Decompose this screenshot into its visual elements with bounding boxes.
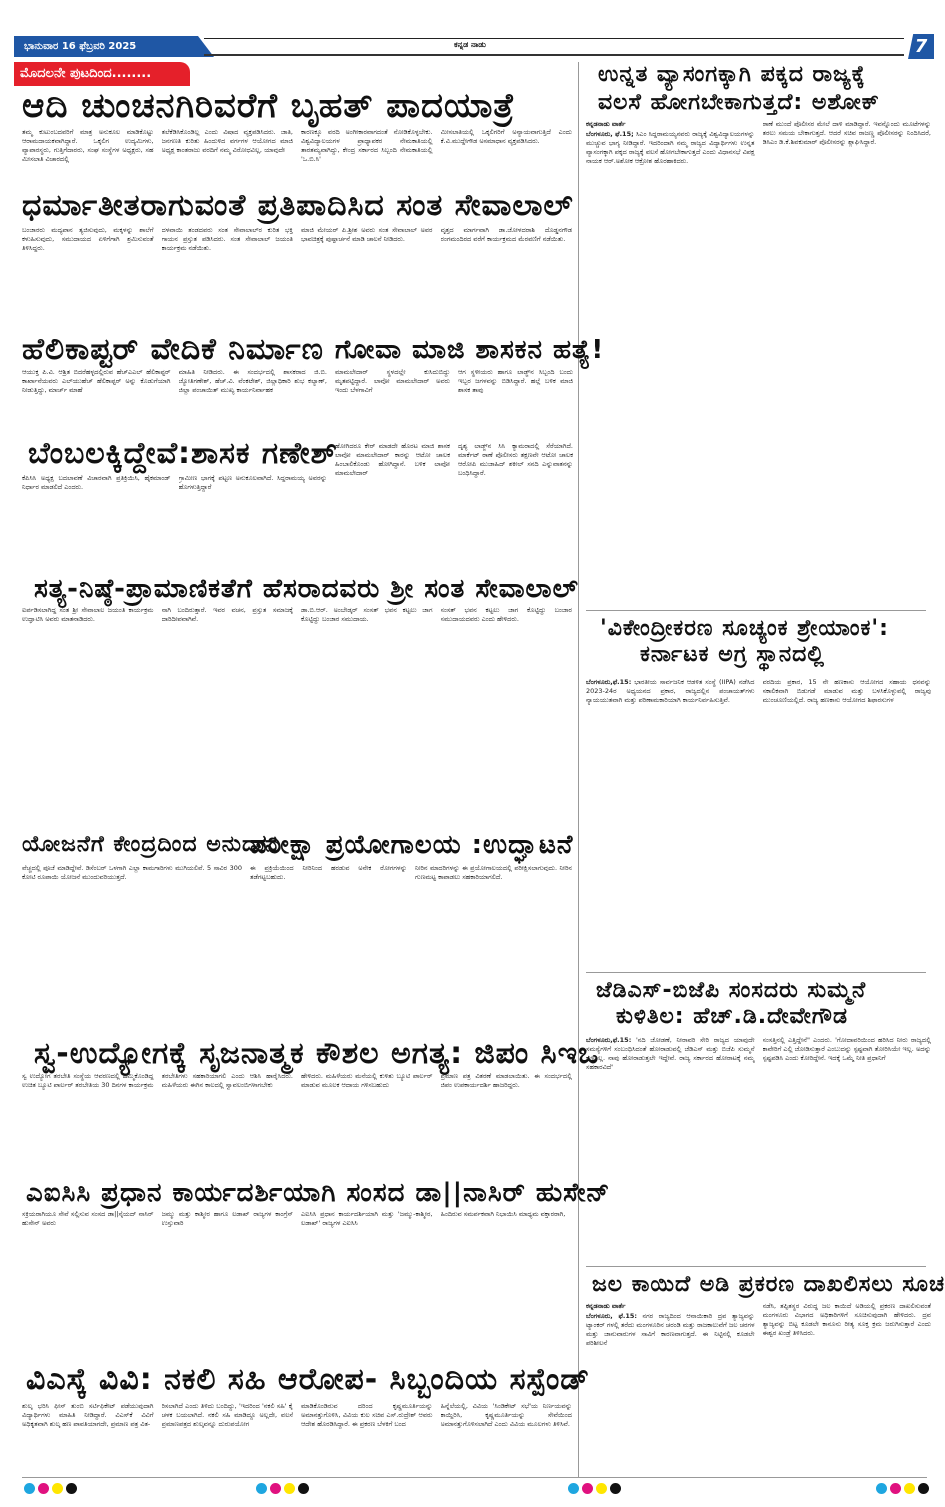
cyan-dot-icon [256, 1483, 267, 1494]
article-water-act: ಕನ್ನಡನಾಡು ವಾರ್ತೆ ಬೆಂಗಳೂರು, ಫೆ.15: ನಗರ ರಾ… [586, 1302, 931, 1474]
article-column: ಮಾಹಿತಿ ನೀಡಿದರು. ಈ ಸಂದರ್ಭದಲ್ಲಿ ಶಾಸಕರಾದ ಜಿ… [179, 368, 328, 428]
headline-ashok-line2: ವಲಸೆ ಹೋಗಬೇಕಾಗುತ್ತದೆ: ಅಶೋಕ್ [598, 90, 880, 115]
headline-aicc-nasir-hussain: ಎಐಸಿಸಿ ಪ್ರಧಾನ ಕಾರ್ಯದರ್ಶಿಯಾಗಿ ಸಂಸದ ಡಾ||ನಾ… [26, 1178, 610, 1209]
article-column: ಐರ್ಪಡಿಸಲಾಗಿದ್ದ ಸಂತ ಶ್ರೀ ಸೇವಾಲಾಲ ಜಯಂತಿ ಕಾ… [22, 606, 154, 828]
article-column: ವೃತ್ತದ ಮಾರ್ಗವಾಗಿ ಡಾ.ಜೋಳದರಾಶಿ ದೊಡ್ಡನಗೌಡ ರ… [441, 226, 573, 324]
article-column: ದಳವಾಯಿ ತಂಡದವರು ಸಂತ ಸೇವಾಲಾಲ್‌ರ ಕುರಿತ ಭಕ್ತ… [162, 226, 294, 324]
article-column: ನಡೆಸಿ, ತಪ್ಪಿತಸ್ಥರ ವಿರುದ್ಧ ಜಲ ಕಾಯಿದೆ ಅಡಿಯ… [763, 1302, 932, 1474]
registration-marks-center-right [568, 1483, 621, 1494]
magenta-dot-icon [582, 1483, 593, 1494]
article-vsk-university: ಶುಲ್ಕ ಭರಿಸಿ ಫೀಸ್ ತುಂಬಿ ಸರ್ಟಿಫಿಕೇಟ್ ಪಡೆಯು… [22, 1402, 572, 1472]
headline-ashok-line1: ಉನ್ನತ ವ್ಯಾಸಂಗಕ್ಕಾಗಿ ಪಕ್ಕದ ರಾಜ್ಯಕ್ಕೆ [598, 62, 866, 87]
article-column: ವೆಚ್ಚದಲ್ಲಿ ಪೂಜೆ ಮಾಡಿದ್ದೇವೆ. ಡಿಸೆಂಬರ್ ಒಳಗ… [22, 864, 242, 1034]
article-decentralisation: ಬೆಂಗಳೂರು,ಫೆ.15: ಭಾರತೀಯ ಸಾರ್ವಜನಿಕ ಆಡಳಿತ ಸ… [586, 678, 931, 968]
article-column: ಮಾಜಿ ಮೇಯರ್ ಪಿ.ಶ್ರೀಶ ಅವರು ಸಂತ ಸೇವಾಲಾಲ್ ಅವ… [301, 226, 433, 324]
byline: ಕನ್ನಡನಾಡು ವಾರ್ತೆ [586, 1302, 755, 1311]
article-goa-mla: ಮಾಮಲೇದಾರ್ ಸ್ಥಳದಲ್ಲೇ ಕುಸಿದುಬಿದ್ದು ಮೃತಪಟ್ಟ… [335, 368, 573, 438]
byline: ಕನ್ನಡನಾಡು ವಾರ್ತೆ [586, 120, 755, 129]
article-column: ಸಂಸತ್ ಭವನ ಕಟ್ಟಲು ಜಾಗ ಕೊಟ್ಟಿದ್ದು ಬಂಜಾರ ಸಮ… [441, 606, 573, 828]
article-lab-inauguration: ಈ ಪ್ರಕ್ರಿಯೆಯಿಂದ ನೀರಿನಿಂದ ಹರಡುವ ಅನೇಕ ರೋಗಗ… [250, 864, 572, 1034]
article-goa-mla-continued: ಹೋಗಿದರೂ ಕೇರ್ ಮಾಡದೇ ಹೊರಟ ಮಾಜಿ ಶಾಸಕ ಲಾವೋ ಮ… [335, 442, 573, 566]
headline-devegowda-line1: ಜೆಡಿಎಸ್-ಬಿಜೆಪಿ ಸಂಸದರು ಸುಮ್ಮನೆ [596, 978, 866, 1003]
article-sevalal-dharma: ಬಂಜಾರರು ಮದ್ಯಪಾನ ತ್ಯಜಿಸುವುದು, ಮಕ್ಕಳನ್ನು ಶ… [22, 226, 572, 324]
cyan-dot-icon [568, 1483, 579, 1494]
dateline: ಬೆಂಗಳೂರು, ಫೆ.15; [586, 130, 634, 138]
article-column: ವರದಿಯ ಪ್ರಕಾರ, 15 ನೇ ಹಣಕಾಸು ಆಯೋಗದ ಸಹಾಯ ಧನ… [763, 678, 932, 968]
article-column: ಹಿನ್ನೆಲೆಯಲ್ಲಿ, ವಿವಿಯ 'ಸಿಂಡಿಕೇಟ್ ಸಭೆ'ಯ ನಿ… [441, 1402, 573, 1472]
article-column: ರಿಸಲಾಗಿದೆ ಎಂದು ತಿಳಿದು ಬಂದಿದ್ದು, 'ಇದರಿಂದ … [162, 1402, 294, 1472]
headline-goa-mla: ಗೋವಾ ಮಾಜಿ ಶಾಸಕನ ಹತ್ಯೆ! [335, 335, 604, 366]
headline-helicopter: ಹೆಲಿಕಾಪ್ಟರ್ ವೇದಿಕೆ ನಿರ್ಮಾಣ [22, 332, 324, 367]
page-number: 7 [908, 34, 934, 59]
article-column: ಶುಲ್ಕ ಭರಿಸಿ ಫೀಸ್ ತುಂಬಿ ಸರ್ಟಿಫಿಕೇಟ್ ಪಡೆಯು… [22, 1402, 154, 1472]
black-dot-icon [66, 1483, 77, 1494]
headline-sevalal-truth: ಸತ್ಯ-ನಿಷ್ಠೆ-ಪ್ರಾಮಾಣಿಕತೆಗೆ ಹೆಸರಾದವರು ಶ್ರೀ… [34, 574, 579, 605]
article-column: ಠಾಣೆ ಮುಂದೆ ಪೊಲೀಸರ ಮೇಲೆ ದಾಳಿ ಮಾಡಿದ್ದಾರೆ. … [763, 120, 932, 608]
article-sevalal-truth: ಐರ್ಪಡಿಸಲಾಗಿದ್ದ ಸಂತ ಶ್ರೀ ಸೇವಾಲಾಲ ಜಯಂತಿ ಕಾ… [22, 606, 572, 828]
article-column: ಆಯುಕ್ತ ಪಿ.ವಿ. ಆಶ್ರಿತ ಬಿದರೆಹಳ್ಳದಲ್ಲಿರುವ ಹ… [22, 368, 171, 428]
article-column: ಸಂಸತ್ತಿನಲ್ಲಿ ಎತ್ತಿದ್ದೇನೆ" ಎಂದರು. 'ಗೋದಾವರ… [763, 1036, 932, 1261]
footer-rule [22, 1477, 927, 1478]
article-column: ನೀರಿನ ಮಾದರಿಗಳನ್ನು ಈ ಪ್ರಯೋಗಾಲಯದಲ್ಲಿ ಪರೀಕ್… [415, 864, 572, 1034]
column-divider [578, 62, 579, 1477]
article-aicc-nasir-hussain: ಸಕ್ರಿಯರಾಗಿಯೂ ಸೇವೆ ಸಲ್ಲಿಸುವ ಸಂಸದ ಡಾ||ಸೈಯದ… [22, 1210, 572, 1358]
yellow-dot-icon [596, 1483, 607, 1494]
article-devegowda: ಬೆಂಗಳೂರು,ಫೆ.15: 'ನದಿ ಜೋಡಣೆ, ನೀರಾವರಿ ಸೇರಿ… [586, 1036, 931, 1261]
article-column: ಕಾರಣಕ್ಕೂ ವರದಿ ಅಂಗೀಕಾರವಾಗದಂತೆ ನೋಡಿಕೊಳ್ಳಬೇ… [301, 128, 433, 188]
article-column: ಬೆಂಗಳೂರು,ಫೆ.15: 'ನದಿ ಜೋಡಣೆ, ನೀರಾವರಿ ಸೇರಿ… [586, 1036, 755, 1261]
article-paadayatre: ತಮ್ಮ ಕುಟುಂಬದವರಿಗೆ ಮಾತ್ರ ಅನುಕೂಲ ಮಾಡಿಕೊಟ್ಟ… [22, 128, 572, 188]
dateline: ಬೆಂಗಳೂರು,ಫೆ.15: [586, 1036, 631, 1044]
magenta-dot-icon [38, 1483, 49, 1494]
article-column: ದೃಶ್ಯ ಲಾಡ್ಜ್‌ನ ಸಿಸಿ ಕ್ಯಾಮರಾದಲ್ಲಿ ಸೆರೆಯಾಗ… [458, 442, 573, 566]
article-column: ಬಂಜಾರರು ಮದ್ಯಪಾನ ತ್ಯಜಿಸುವುದು, ಮಕ್ಕಳನ್ನು ಶ… [22, 226, 154, 324]
article-column: ಕನ್ನಡನಾಡು ವಾರ್ತೆ ಬೆಂಗಳೂರು, ಫೆ.15; ಸಿಎಂ ಸ… [586, 120, 755, 608]
issue-date: ಭಾನುವಾರ 16 ಫೆಬ್ರವರಿ 2025 [14, 36, 214, 57]
article-mla-ganesh: ಕೆಪಿಸಿಸಿ ಅಧ್ಯಕ್ಷ ಬದಲಾವಣೆ ವಿಚಾರವಾಗಿ ಪ್ರತಿ… [22, 474, 327, 566]
article-column: ಪ್ರಮಾಣ ಪತ್ರ ವಿತರಣೆ ಮಾಡಲಾಯಿತು. ಈ ಸಂದರ್ಭದಲ… [441, 1072, 573, 1174]
article-column: ಎಐಸಿಸಿ ಪ್ರಧಾನ ಕಾರ್ಯದರ್ಶಿಯಾಗಿ ಮತ್ತು 'ಜಮ್ಮ… [301, 1210, 433, 1358]
article-central-grant: ವೆಚ್ಚದಲ್ಲಿ ಪೂಜೆ ಮಾಡಿದ್ದೇವೆ. ಡಿಸೆಂಬರ್ ಒಳಗ… [22, 864, 242, 1034]
article-column: ತಮ್ಮ ಕುಟುಂಬದವರಿಗೆ ಮಾತ್ರ ಅನುಕೂಲ ಮಾಡಿಕೊಟ್ಟ… [22, 128, 154, 188]
article-self-employment: ಸ್ವ ಉದ್ಯೋಗ ತರಬೇತಿ ಸಂಸ್ಥೆಯ ಆವರಣದಲ್ಲಿ ಹಮ್ಮ… [22, 1072, 572, 1174]
headline-self-employment: ಸ್ವ-ಉದ್ಯೋಗಕ್ಕೆ ಸೃಜನಾತ್ಮಕ ಕೌಶಲ ಅಗತ್ಯ: ಜಿಪ… [34, 1036, 599, 1071]
article-column: ಕೆಪಿಸಿಸಿ ಅಧ್ಯಕ್ಷ ಬದಲಾವಣೆ ವಿಚಾರವಾಗಿ ಪ್ರತಿ… [22, 474, 171, 566]
yellow-dot-icon [52, 1483, 63, 1494]
article-column: ಮೀಸಲಾತಿಯಲ್ಲಿ ಒಕ್ಕಲಿಗರಿಗೆ ಅನ್ಯಾಯವಾಗುತ್ತಿದ… [441, 128, 573, 188]
article-column: ಬೆಂಗಳೂರು,ಫೆ.15: ಭಾರತೀಯ ಸಾರ್ವಜನಿಕ ಆಡಳಿತ ಸ… [586, 678, 755, 968]
article-column: ಮಾಮಲೇದಾರ್ ಸ್ಥಳದಲ್ಲೇ ಕುಸಿದುಬಿದ್ದು ಮೃತಪಟ್ಟ… [335, 368, 450, 438]
article-column: ಈ ಪ್ರಕ್ರಿಯೆಯಿಂದ ನೀರಿನಿಂದ ಹರಡುವ ಅನೇಕ ರೋಗಗ… [250, 864, 407, 1034]
article-column: ತಲೆಕೆಡಿಸಿಕೊಂಡಿಲ್ಲ ಎಂದು ವಿಷಾದ ವ್ಯಕ್ತಪಡಿಸಿ… [162, 128, 294, 188]
headline-lab-inauguration: ಪರೀಕ್ಷಾ ಪ್ರಯೋಗಾಲಯ :ಉದ್ಘಾಟನೆ [250, 830, 573, 861]
article-column: ಗ್ರಾಮೀಣ ಭಾಗಕ್ಕೆ ಪಟ್ಟಣ ಅನುಕೂಲವಾಗಿದೆ. ಸಿದ್… [179, 474, 328, 566]
section-rule [586, 1266, 926, 1267]
black-dot-icon [918, 1483, 929, 1494]
registration-marks-right [876, 1483, 929, 1494]
headline-sevalal-dharma: ಧರ್ಮಾತೀತರಾಗುವಂತೆ ಪ್ರತಿಪಾದಿಸಿದ ಸಂತ ಸೇವಾಲಾ… [22, 188, 574, 223]
article-column: ಹಿಂದಿರುವ ಸಮರ್ಪಕವಾಗಿ ನಿಭಾಯಿಸಿ ಮಾಧ್ಯಮ ವಕ್ತ… [441, 1210, 573, 1358]
article-column: ತರಬೇತಿಗಳು ಸಹಕಾರಿಯಾಗಲಿ ಎಂದು ಆಶಿಸಿ ಹಾರೈಸಿದ… [162, 1072, 294, 1174]
black-dot-icon [610, 1483, 621, 1494]
article-helicopter: ಆಯುಕ್ತ ಪಿ.ವಿ. ಆಶ್ರಿತ ಬಿದರೆಹಳ್ಳದಲ್ಲಿರುವ ಹ… [22, 368, 327, 428]
article-column: ಮಾಡಿಕೊಂಡಿರುವ ದರಿಂದ ಕೃಷ್ಣಮೂರ್ತಿಯನ್ನು ಅಮಾನ… [301, 1402, 433, 1472]
article-ashok: ಕನ್ನಡನಾಡು ವಾರ್ತೆ ಬೆಂಗಳೂರು, ಫೆ.15; ಸಿಎಂ ಸ… [586, 120, 931, 608]
headline-central-grant: ಯೋಜನೆಗೆ ಕೇಂದ್ರದಿಂದ ಅನುದಾನ [22, 832, 278, 857]
page-header: ಭಾನುವಾರ 16 ಫೆಬ್ರವರಿ 2025 ಕನ್ನಡ ನಾಡು 7 [14, 36, 934, 58]
yellow-dot-icon [284, 1483, 295, 1494]
yellow-dot-icon [904, 1483, 915, 1494]
black-dot-icon [298, 1483, 309, 1494]
headline-water-act: ಜಲ ಕಾಯಿದೆ ಅಡಿ ಪ್ರಕರಣ ದಾಖಲಿಸಲು ಸೂಚನೆ [592, 1272, 945, 1297]
article-column: ಜಮ್ಮು ಮತ್ತು ಕಾಶ್ಮೀರ ಹಾಗೂ ಲಡಾಖ್ ರಾಜ್ಯಗಳ ಕ… [162, 1210, 294, 1358]
headline-decentralisation-line1: 'ವಿಕೇಂದ್ರೀಕರಣ ಸೂಚ್ಯಂಕ ಶ್ರೇಯಾಂಕ': [600, 616, 889, 641]
continued-from-front-label: ಮೊದಲನೇ ಪುಟದಿಂದ........ [14, 62, 190, 86]
article-column: ಆಗ ಸ್ಥಳೀಯರು ಹಾಗೂ ಲಾಡ್ಜ್‌ನ ಸಿಬ್ಬಂದಿ ಬಂದು … [458, 368, 573, 438]
headline-vsk-university: ವಿಎಸ್ಕೆ ವಿವಿ: ನಕಲಿ ಸಹಿ ಆರೋಪ- ಸಿಬ್ಬಂದಿಯ ಸ… [26, 1362, 590, 1397]
headline-mla-ganesh: ಬೆಂಬಲಕ್ಕಿದ್ದೇವೆ:ಶಾಸಕ ಗಣೇಶ್ [28, 436, 338, 471]
article-column: ಡಾ.ಬಿ.ಆರ್. ಅಂಬೇಡ್ಕರ್ ಸಂಸತ್ ಭವನ ಕಟ್ಟಲು ಜಾ… [301, 606, 433, 828]
magenta-dot-icon [270, 1483, 281, 1494]
article-column: ಸಕ್ರಿಯರಾಗಿಯೂ ಸೇವೆ ಸಲ್ಲಿಸುವ ಸಂಸದ ಡಾ||ಸೈಯದ… [22, 1210, 154, 1358]
section-rule [586, 610, 926, 611]
section-rule [586, 972, 926, 973]
headline-decentralisation-line2: ಕರ್ನಾಟಕ ಅಗ್ರ ಸ್ಥಾನದಲ್ಲಿ [640, 642, 825, 667]
magenta-dot-icon [890, 1483, 901, 1494]
article-column: ನಾಗಿ ಬಂದಿರುತ್ತಾರೆ. ಇವರ ವಚನ, ಪ್ರಸ್ತುತ ಸಮಾ… [162, 606, 294, 828]
header-rule [204, 38, 904, 56]
article-column: ಸ್ವ ಉದ್ಯೋಗ ತರಬೇತಿ ಸಂಸ್ಥೆಯ ಆವರಣದಲ್ಲಿ ಹಮ್ಮ… [22, 1072, 154, 1174]
article-column: ಹೋಗಿದರೂ ಕೇರ್ ಮಾಡದೇ ಹೊರಟ ಮಾಜಿ ಶಾಸಕ ಲಾವೋ ಮ… [335, 442, 450, 566]
cyan-dot-icon [876, 1483, 887, 1494]
headline-devegowda-line2: ಕುಳಿತಿಲ: ಹೆಚ್.ಡಿ.ದೇವೇಗೌಡ [616, 1004, 848, 1029]
dateline: ಬೆಂಗಳೂರು, ಫೆ.15: [586, 1312, 637, 1320]
article-column: ಕನ್ನಡನಾಡು ವಾರ್ತೆ ಬೆಂಗಳೂರು, ಫೆ.15: ನಗರ ರಾ… [586, 1302, 755, 1474]
dateline: ಬೆಂಗಳೂರು,ಫೆ.15: [586, 678, 631, 686]
registration-marks-left [24, 1483, 77, 1494]
article-column: ಹೇಳಿದರು. ಮಹಿಳೆಯರು ಮನೆಯಲ್ಲಿ ಕುಳಿತು ಬ್ಯೂಟಿ… [301, 1072, 433, 1174]
registration-marks-center-left [256, 1483, 309, 1494]
cyan-dot-icon [24, 1483, 35, 1494]
headline-paadayatre: ಆದಿ ಚುಂಚನಗಿರಿವರೆಗೆ ಬೃಹತ್ ಪಾದಯಾತ್ರೆ [22, 86, 515, 126]
masthead-logo: ಕನ್ನಡ ನಾಡು [454, 40, 486, 50]
